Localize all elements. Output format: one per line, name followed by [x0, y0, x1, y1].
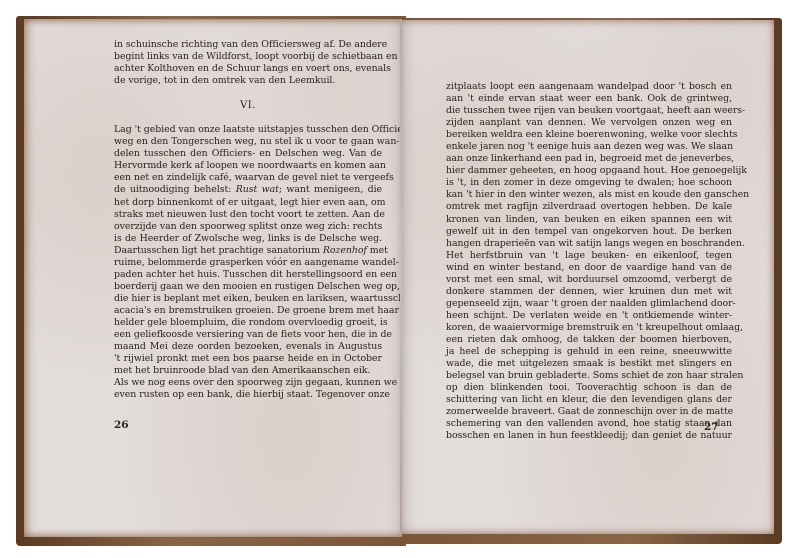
text-line: is 't, in den zomer in deze omgeving te … — [446, 177, 732, 189]
text-line: aan 't einde ervan staat weer een bank. … — [446, 93, 732, 105]
text-line: boerderij gaan we den mooien en rustigen… — [114, 281, 382, 293]
text-line: paden achter het huis. Tusschen dit hers… — [114, 269, 382, 281]
text-line: maand Mei deze oorden bezoeken, evenals … — [114, 341, 382, 353]
text-line: bosschen en lanen in hun feestkleedij; d… — [446, 430, 732, 442]
text-line: acacia's en bremstruiken groeien. De gro… — [114, 305, 382, 317]
text-line: ruime, belommerde grasperken vóór en aan… — [114, 257, 382, 269]
text-line: een rieten dak omhoog, de takken der boo… — [446, 334, 732, 346]
text-line: zijden aanplant van dennen. We vervolgen… — [446, 117, 732, 129]
text-line: wade, die met uitgelezen smaak is bestik… — [446, 358, 732, 370]
text-line: koren, de waaiervormige bremstruik en 't… — [446, 322, 732, 334]
text-line: gewelf uit in den tempel van ongekorven … — [446, 226, 732, 238]
open-book: in schuinsche richting van den Officiers… — [0, 0, 800, 558]
text-line: kan 't hier in den winter wezen, als mis… — [446, 189, 732, 201]
text-line: schittering van licht en kleur, die den … — [446, 394, 732, 406]
text-line: enkele jaren nog 't eenige huis aan deze… — [446, 141, 732, 153]
text-line: wind en winter bestand, en door de vaard… — [446, 262, 732, 274]
text-line: helder gele bloempluim, die rondom overv… — [114, 317, 382, 329]
text-line: het dorp binnenkomt of er uitgaat, legt … — [114, 197, 382, 209]
page-number-right: 27 — [704, 421, 719, 433]
text-line: hier dammer geheeten, en hoog opgaand ho… — [446, 165, 732, 177]
text-line: kronen van linden, van beuken en eiken s… — [446, 214, 732, 226]
text-line: 't rijwiel pronkt met een bos paarse hei… — [114, 353, 382, 365]
italic-phrase: Rozenhof — [323, 245, 367, 256]
text-line-with-italic: de uitnoodiging behelst: Rust wat; want … — [114, 184, 382, 196]
text-line: Lag 't gebied van onze laatste uitstapje… — [114, 124, 382, 136]
text-line: begint links van de Wildforst, loopt voo… — [114, 51, 382, 63]
text-line: bereiken weldra een kleine boerenwoning,… — [446, 129, 732, 141]
text-line: een geliefkoosde versiering van de fiets… — [114, 329, 382, 341]
text-line: gepenseeld zijn, waar 't groen der naald… — [446, 298, 732, 310]
text-line: is de Heerder of Zwolsche weg, links is … — [114, 233, 382, 245]
text-line: overzijde van den spoorweg splitst onze … — [114, 221, 382, 233]
italic-phrase: Rust wat — [236, 184, 279, 195]
text-line: aan onze linkerhand een pad in, begroeid… — [446, 153, 732, 165]
left-page-text: in schuinsche richting van den Officiers… — [114, 39, 382, 401]
text-line: heen schijnt. De verlaten weide en 't on… — [446, 310, 732, 322]
text-line: omtrek met ragfijn zilverdraad overtogen… — [446, 201, 732, 213]
text-line: even rusten op een bank, die hierbij sta… — [114, 389, 382, 401]
text-line: donkere stammen der dennen, wier kruinen… — [446, 286, 732, 298]
text-line: Het herfstbruin van 't lage beuken- en e… — [446, 250, 732, 262]
section-heading: VI. — [114, 100, 382, 112]
text-line: vorst met een smal, wit borduursel omzoo… — [446, 274, 732, 286]
left-page: in schuinsche richting van den Officiers… — [24, 19, 402, 537]
right-page: zitplaats loopt een aangenaam wandelpad … — [402, 20, 774, 534]
text-line: op dien blinkenden tooi. Tooverachtig sc… — [446, 382, 732, 394]
page-number-left: 26 — [114, 419, 129, 431]
text-line: hangen draperieën van wit satijn langs w… — [446, 238, 732, 250]
text-line: de vorige, tot in den omtrek van den Lee… — [114, 75, 382, 87]
text-line: met het bruinroode blad van den Amerikaa… — [114, 365, 382, 377]
text-line: schemering van den vallenden avond, hoe … — [446, 418, 732, 430]
text-line-with-italic: Daartusschen ligt het prachtige sanatori… — [114, 245, 382, 257]
text-line: die hier is beplant met eiken, beuken en… — [114, 293, 382, 305]
text-line: delen tusschen den Officiers- en Delsche… — [114, 148, 382, 160]
text-line: die tusschen twee rijen van beuken voort… — [446, 105, 732, 117]
text-line: weg en den Tongerschen weg, nu stel ik u… — [114, 136, 382, 148]
text-line: een net en zindelijk café, waarvan de ge… — [114, 172, 382, 184]
text-line: belegsel van bruin gebladerte. Soms schi… — [446, 370, 732, 382]
text-line: in schuinsche richting van den Officiers… — [114, 39, 382, 51]
right-page-text: zitplaats loopt een aangenaam wandelpad … — [446, 81, 732, 442]
text-line: achter Kolthoven en de Schuur langs en v… — [114, 63, 382, 75]
text-line: ja heel de schepping is gehuld in een re… — [446, 346, 732, 358]
text-line: straks met nieuwen lust den tocht voort … — [114, 209, 382, 221]
text-line: Hervormde kerk af loopen we noordwaarts … — [114, 160, 382, 172]
text-line: zomerweelde braveert. Gaat de zonneschij… — [446, 406, 732, 418]
text-line: zitplaats loopt een aangenaam wandelpad … — [446, 81, 732, 93]
text-line: Als we nog eens over den spoorweg zijn g… — [114, 377, 382, 389]
